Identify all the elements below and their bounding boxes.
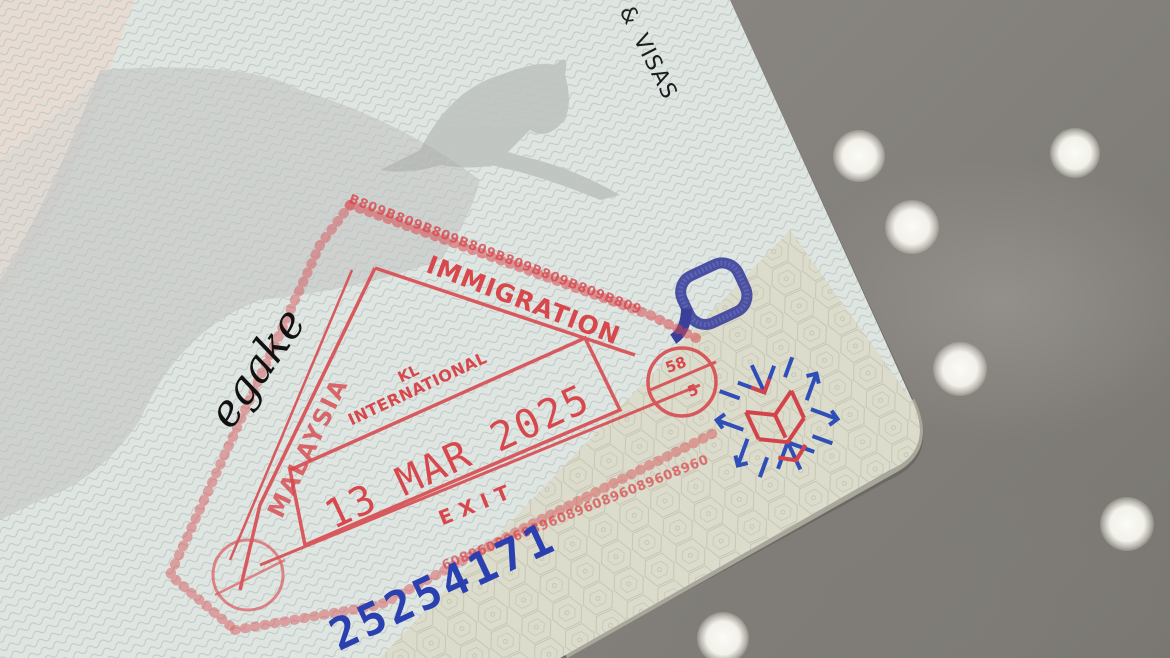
photo-scene: & VISAS B809B809B809B809B809B809B809B809… <box>0 0 1170 658</box>
